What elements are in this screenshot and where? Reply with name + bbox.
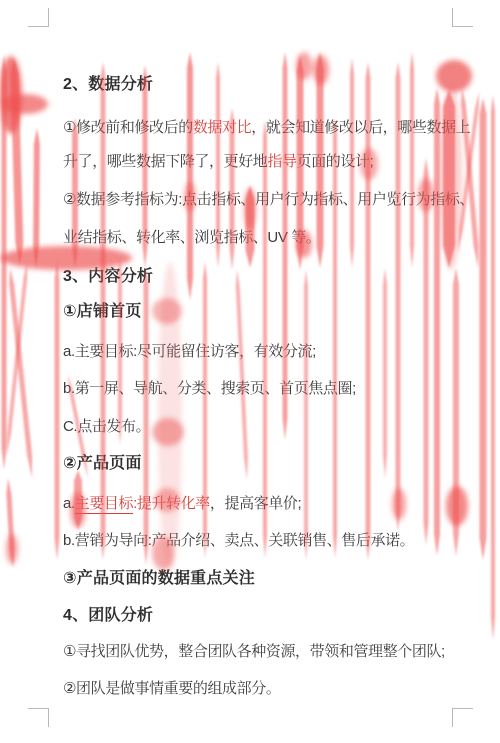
text-segment: 3、内容分析	[63, 268, 153, 285]
text-line-14: ③产品页面的数据重点关注	[63, 569, 255, 589]
text-line-13: b.营销为导向:产品介绍、卖点、关联销售、售后承诺。	[63, 531, 414, 551]
text-line-17: ②团队是做事情重要的组成部分。	[63, 679, 280, 699]
text-segment: ②产品页面	[63, 455, 142, 472]
document-text-layer: 2、数据分析①修改前和修改后的数据对比，就会知道修改以后，哪些数据上升了，哪些数…	[0, 0, 500, 743]
text-segment: 4、团队分析	[63, 607, 153, 624]
text-line-15: 4、团队分析	[63, 606, 153, 626]
text-line-16: ①寻找团队优势，整合团队各种资源，带领和管理整个团队;	[63, 642, 445, 662]
text-line-5: 业结指标、转化率、浏览指标、UV 等。	[63, 228, 320, 248]
text-segment: a.主要目标:尽可能留住访客，有效分流;	[63, 343, 316, 360]
text-line-1: 2、数据分析	[63, 75, 153, 95]
text-line-11: ②产品页面	[63, 454, 142, 474]
highlighted-text-segment: 数据对比	[193, 119, 251, 136]
text-segment: ，提高客单价;	[210, 495, 301, 512]
highlighted-text-segment: 主要目标	[75, 495, 133, 514]
text-line-6: 3、内容分析	[63, 267, 153, 287]
text-line-7: ①店铺首页	[63, 302, 142, 322]
text-segment: 业结指标、转化率、浏览指标、UV 等。	[63, 229, 320, 246]
text-segment: b.第一屏、导航、分类、搜索页、首页焦点圈;	[63, 380, 356, 397]
text-segment: ①店铺首页	[63, 303, 142, 320]
text-segment: 页面的设计;	[297, 153, 374, 170]
text-segment: C.点击发布。	[63, 418, 150, 435]
text-segment: b.营销为导向:产品介绍、卖点、关联销售、售后承诺。	[63, 532, 414, 549]
text-segment: 升了，哪些数据下降了，更好地	[63, 153, 267, 170]
text-line-2: ①修改前和修改后的数据对比，就会知道修改以后，哪些数据上	[63, 118, 470, 138]
highlighted-text-segment: :提升转化率	[133, 495, 210, 512]
text-segment: a.	[63, 495, 75, 512]
text-line-8: a.主要目标:尽可能留住访客，有效分流;	[63, 342, 316, 362]
text-line-9: b.第一屏、导航、分类、搜索页、首页焦点圈;	[63, 379, 356, 399]
text-segment: ②数据参考指标为:点击指标、用户行为指标、用户览行为指标、	[63, 191, 474, 208]
text-segment: ③产品页面的数据重点关注	[63, 570, 255, 587]
highlighted-text-segment: 指导	[267, 153, 296, 170]
text-segment: 2、数据分析	[63, 76, 153, 93]
text-segment: ①修改前和修改后的	[63, 119, 193, 136]
text-segment: ①寻找团队优势，整合团队各种资源，带领和管理整个团队;	[63, 643, 445, 660]
text-line-3: 升了，哪些数据下降了，更好地指导页面的设计;	[63, 152, 373, 172]
text-line-12: a.主要目标:提升转化率，提高客单价;	[63, 494, 301, 514]
text-segment: ②团队是做事情重要的组成部分。	[63, 680, 280, 697]
text-line-10: C.点击发布。	[63, 417, 150, 437]
text-line-4: ②数据参考指标为:点击指标、用户行为指标、用户览行为指标、	[63, 190, 474, 210]
document-page: 2、数据分析①修改前和修改后的数据对比，就会知道修改以后，哪些数据上升了，哪些数…	[0, 0, 500, 743]
text-segment: ，就会知道修改以后，哪些数据上	[251, 119, 470, 136]
